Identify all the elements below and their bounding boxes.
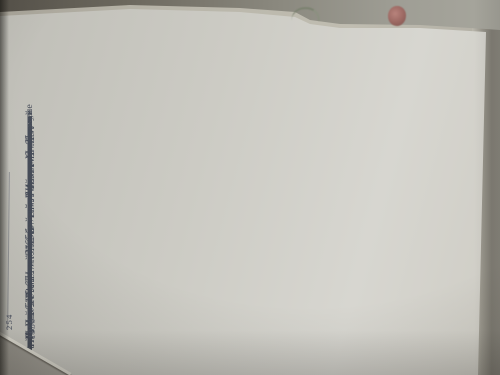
page-number: 254 <box>4 314 14 331</box>
small-red-object <box>388 6 406 26</box>
photo-of-book-page: 254 тают на глазах... И вот удивительное… <box>0 0 500 375</box>
book-page: 254 тают на глазах... И вот удивительное… <box>0 0 500 375</box>
rotated-page-content: 254 тают на глазах... И вот удивительное… <box>5 28 475 375</box>
header-rule <box>8 172 11 330</box>
